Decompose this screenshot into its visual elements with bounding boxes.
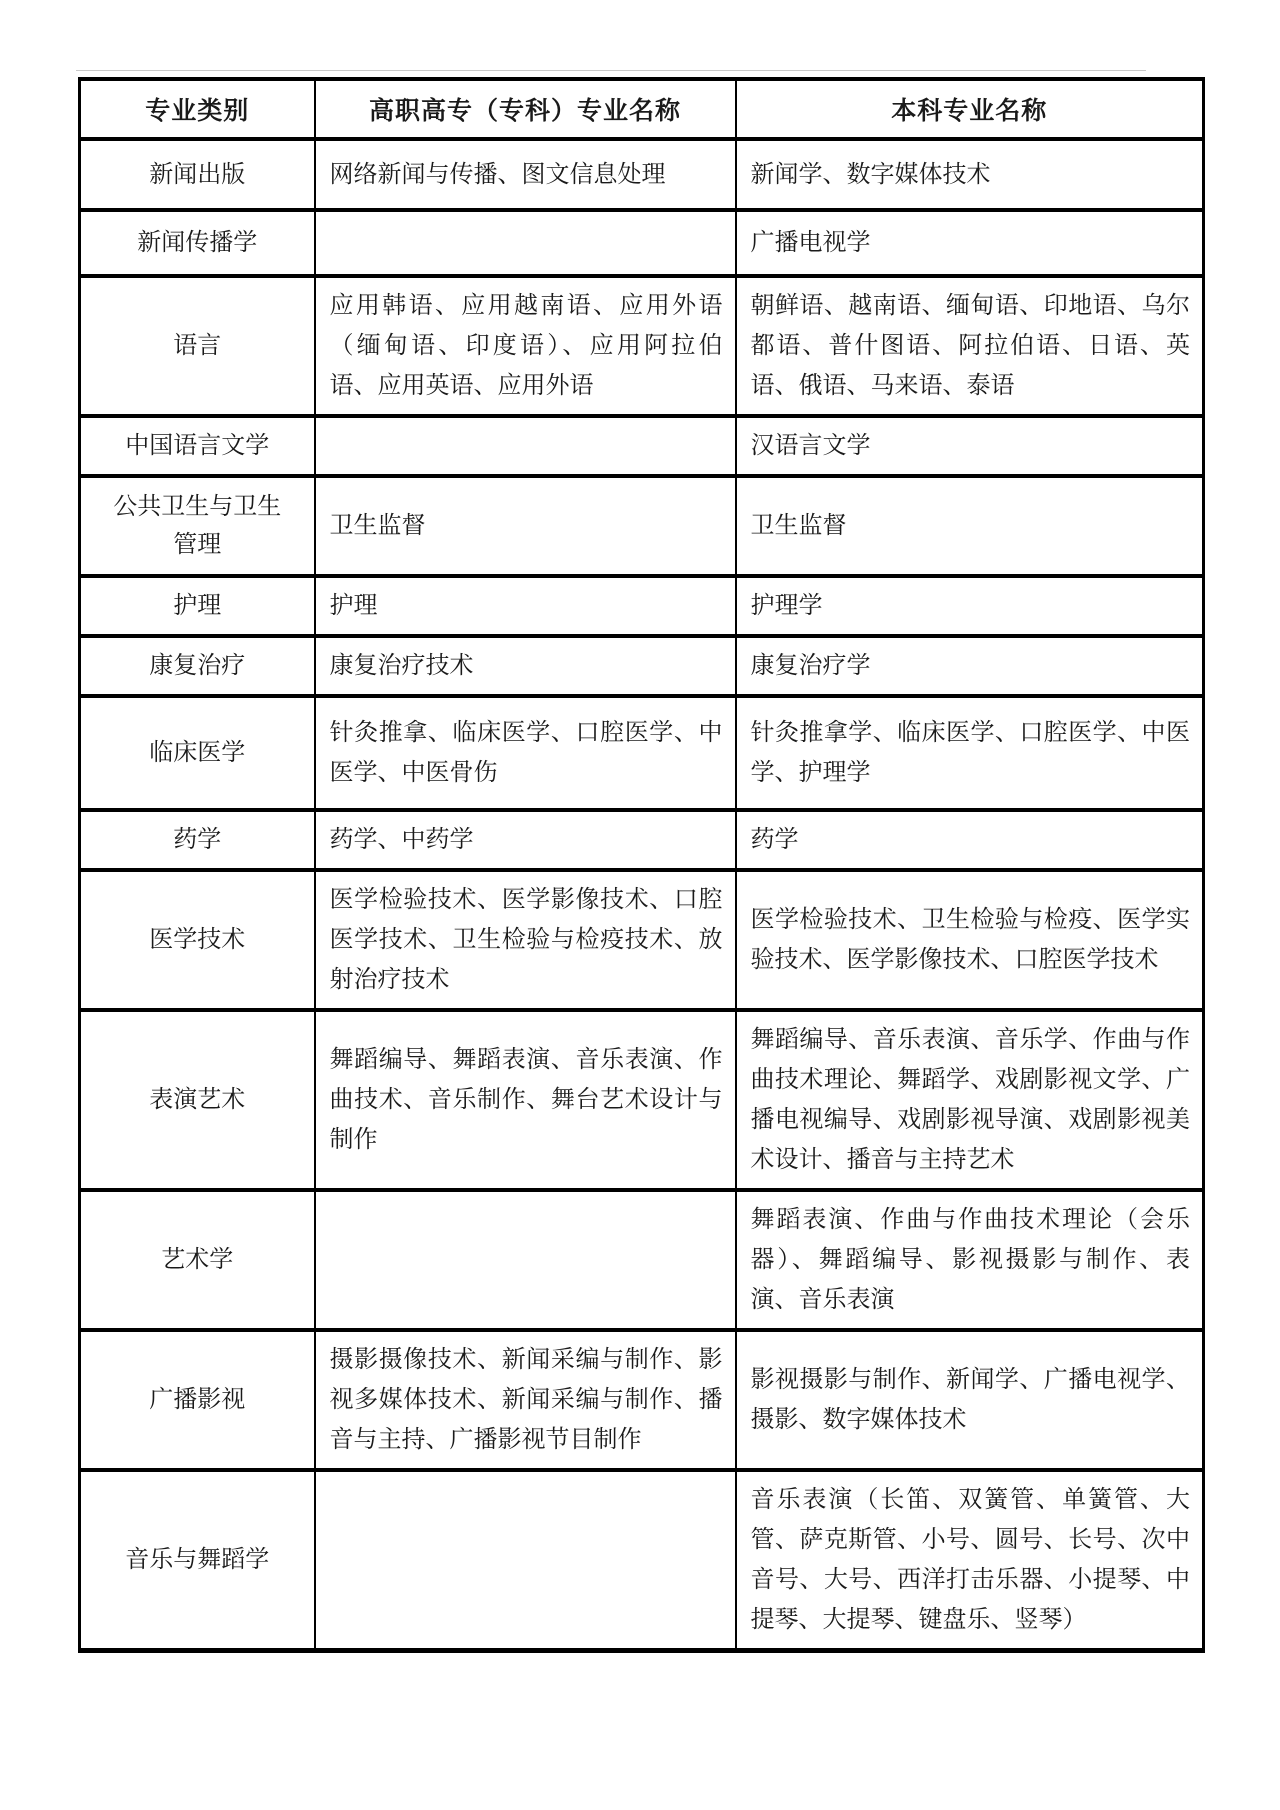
table-row: 音乐与舞蹈学音乐表演（长笛、双簧管、单簧管、大管、萨克斯管、小号、圆号、长号、次… — [80, 1470, 1204, 1651]
table-row: 医学技术医学检验技术、医学影像技术、口腔医学技术、卫生检验与检疫技术、放射治疗技… — [80, 870, 1204, 1010]
vocational-cell — [315, 210, 736, 276]
table-row: 中国语言文学汉语言文学 — [80, 416, 1204, 476]
table-row: 艺术学舞蹈表演、作曲与作曲技术理论（会乐器）、舞蹈编导、影视摄影与制作、表演、音… — [80, 1190, 1204, 1330]
column-header-undergraduate: 本科专业名称 — [736, 79, 1204, 139]
category-cell: 新闻出版 — [80, 139, 315, 210]
vocational-cell: 舞蹈编导、舞蹈表演、音乐表演、作曲技术、音乐制作、舞台艺术设计与制作 — [315, 1010, 736, 1190]
vocational-cell: 卫生监督 — [315, 476, 736, 576]
undergraduate-cell: 影视摄影与制作、新闻学、广播电视学、摄影、数字媒体技术 — [736, 1330, 1204, 1470]
vocational-cell: 药学、中药学 — [315, 810, 736, 870]
category-cell: 药学 — [80, 810, 315, 870]
vocational-cell — [315, 1470, 736, 1651]
table-row: 药学药学、中药学药学 — [80, 810, 1204, 870]
undergraduate-cell: 新闻学、数字媒体技术 — [736, 139, 1204, 210]
undergraduate-cell: 卫生监督 — [736, 476, 1204, 576]
undergraduate-cell: 针灸推拿学、临床医学、口腔医学、中医学、护理学 — [736, 696, 1204, 810]
category-cell: 音乐与舞蹈学 — [80, 1470, 315, 1651]
category-cell: 语言 — [80, 276, 315, 416]
vocational-cell: 医学检验技术、医学影像技术、口腔医学技术、卫生检验与检疫技术、放射治疗技术 — [315, 870, 736, 1010]
undergraduate-cell: 护理学 — [736, 576, 1204, 636]
category-cell: 康复治疗 — [80, 636, 315, 696]
document-page: { "table": { "headers": [ "专业类别", "高职高专（… — [0, 0, 1280, 1810]
table-row: 康复治疗康复治疗技术康复治疗学 — [80, 636, 1204, 696]
majors-table-container: 专业类别 高职高专（专科）专业名称 本科专业名称 新闻出版网络新闻与传播、图文信… — [78, 77, 1205, 1653]
table-row: 公共卫生与卫生管理卫生监督卫生监督 — [80, 476, 1204, 576]
category-cell: 护理 — [80, 576, 315, 636]
category-cell: 广播影视 — [80, 1330, 315, 1470]
undergraduate-cell: 药学 — [736, 810, 1204, 870]
table-row: 语言应用韩语、应用越南语、应用外语（缅甸语、印度语）、应用阿拉伯语、应用英语、应… — [80, 276, 1204, 416]
category-cell: 临床医学 — [80, 696, 315, 810]
undergraduate-cell: 舞蹈编导、音乐表演、音乐学、作曲与作曲技术理论、舞蹈学、戏剧影视文学、广播电视编… — [736, 1010, 1204, 1190]
table-row: 临床医学针灸推拿、临床医学、口腔医学、中医学、中医骨伤针灸推拿学、临床医学、口腔… — [80, 696, 1204, 810]
category-cell: 医学技术 — [80, 870, 315, 1010]
category-cell: 艺术学 — [80, 1190, 315, 1330]
category-cell: 表演艺术 — [80, 1010, 315, 1190]
undergraduate-cell: 音乐表演（长笛、双簧管、单簧管、大管、萨克斯管、小号、圆号、长号、次中音号、大号… — [736, 1470, 1204, 1651]
vocational-cell: 针灸推拿、临床医学、口腔医学、中医学、中医骨伤 — [315, 696, 736, 810]
category-cell: 公共卫生与卫生管理 — [80, 476, 315, 576]
majors-table: 专业类别 高职高专（专科）专业名称 本科专业名称 新闻出版网络新闻与传播、图文信… — [78, 77, 1205, 1653]
vocational-cell — [315, 1190, 736, 1330]
undergraduate-cell: 广播电视学 — [736, 210, 1204, 276]
table-row: 广播影视摄影摄像技术、新闻采编与制作、影视多媒体技术、新闻采编与制作、播音与主持… — [80, 1330, 1204, 1470]
undergraduate-cell: 康复治疗学 — [736, 636, 1204, 696]
header-row: 专业类别 高职高专（专科）专业名称 本科专业名称 — [80, 79, 1204, 139]
undergraduate-cell: 医学检验技术、卫生检验与检疫、医学实验技术、医学影像技术、口腔医学技术 — [736, 870, 1204, 1010]
category-cell: 中国语言文学 — [80, 416, 315, 476]
column-header-category: 专业类别 — [80, 79, 315, 139]
table-row: 新闻出版网络新闻与传播、图文信息处理新闻学、数字媒体技术 — [80, 139, 1204, 210]
table-body: 新闻出版网络新闻与传播、图文信息处理新闻学、数字媒体技术新闻传播学广播电视学语言… — [80, 139, 1204, 1651]
scan-artifact-line — [76, 70, 1146, 71]
undergraduate-cell: 汉语言文学 — [736, 416, 1204, 476]
vocational-cell: 网络新闻与传播、图文信息处理 — [315, 139, 736, 210]
vocational-cell: 应用韩语、应用越南语、应用外语（缅甸语、印度语）、应用阿拉伯语、应用英语、应用外… — [315, 276, 736, 416]
vocational-cell: 摄影摄像技术、新闻采编与制作、影视多媒体技术、新闻采编与制作、播音与主持、广播影… — [315, 1330, 736, 1470]
category-cell: 新闻传播学 — [80, 210, 315, 276]
table-row: 表演艺术舞蹈编导、舞蹈表演、音乐表演、作曲技术、音乐制作、舞台艺术设计与制作舞蹈… — [80, 1010, 1204, 1190]
table-row: 护理护理护理学 — [80, 576, 1204, 636]
table-row: 新闻传播学广播电视学 — [80, 210, 1204, 276]
vocational-cell: 护理 — [315, 576, 736, 636]
vocational-cell: 康复治疗技术 — [315, 636, 736, 696]
column-header-vocational: 高职高专（专科）专业名称 — [315, 79, 736, 139]
undergraduate-cell: 舞蹈表演、作曲与作曲技术理论（会乐器）、舞蹈编导、影视摄影与制作、表演、音乐表演 — [736, 1190, 1204, 1330]
vocational-cell — [315, 416, 736, 476]
undergraduate-cell: 朝鲜语、越南语、缅甸语、印地语、乌尔都语、普什图语、阿拉伯语、日语、英语、俄语、… — [736, 276, 1204, 416]
